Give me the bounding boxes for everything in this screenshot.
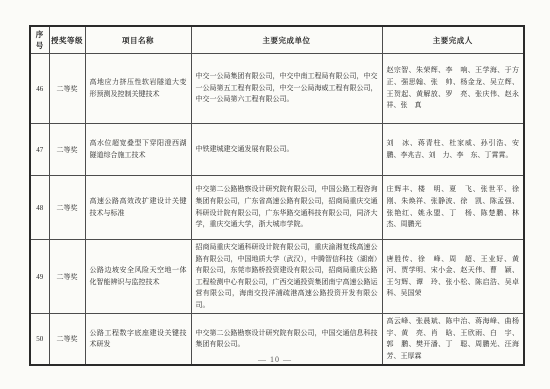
cell-serial-number: 47 xyxy=(30,124,49,176)
cell-main-people: 刘 冰、蒋青柱、杜家威、孙引浩、安 鹏、李兆吉、刘 力、李 东、丁霄霄。 xyxy=(382,124,524,176)
header-project-name: 项目名称 xyxy=(85,26,191,54)
header-serial-number: 序号 xyxy=(30,26,49,54)
cell-main-people: 赵宗智、朱荣辉、李 响、王学海、于方正、强思翰、张 帅、杨金龙、吴立辉、王贺起、… xyxy=(382,54,524,124)
cell-main-units: 中铁建城建交通发展有限公司。 xyxy=(191,124,382,176)
table-row: 46 二等奖 高地应力挤压性软岩隧道大变形预测及控制关键技术 中交一公局集团有限… xyxy=(30,54,524,124)
cell-main-units: 中交一公局集团有限公司，中交中南工程局有限公司，中交一公局第五工程有限公司，中交… xyxy=(191,54,382,124)
table-row: 47 二等奖 高水位超宽叠型下穿阳澄西湖隧道综合施工技术 中铁建城建交通发展有限… xyxy=(30,124,524,176)
header-award-level: 授奖等级 xyxy=(49,26,85,54)
page-number: — 10 — xyxy=(0,355,550,364)
cell-main-units: 中交第二公路勘察设计研究院有限公司，中国公路工程咨询集团有限公司，广东省高速公路… xyxy=(191,176,382,240)
cell-project-name: 高地应力挤压性软岩隧道大变形预测及控制关键技术 xyxy=(85,54,191,124)
cell-project-name: 公路边坡安全风险天空地一体化智能辨识与监控技术 xyxy=(85,240,191,314)
cell-main-people: 庄辉丰、楼 明、夏 飞、张世平、徐 刚、朱焕祥、张静波、徐 凯、陈孟强、张艳红、… xyxy=(382,176,524,240)
table-row: 48 二等奖 高速公路高效改扩建设计关键技术与标准 中交第二公路勘察设计研究院有… xyxy=(30,176,524,240)
table-row: 49 二等奖 公路边坡安全风险天空地一体化智能辨识与监控技术 招商局重庆交通科研… xyxy=(30,240,524,314)
cell-project-name: 高水位超宽叠型下穿阳澄西湖隧道综合施工技术 xyxy=(85,124,191,176)
cell-award-level: 二等奖 xyxy=(49,124,85,176)
award-table: 序号 授奖等级 项目名称 主要完成单位 主要完成人 46 二等奖 高地应力挤压性… xyxy=(29,25,525,366)
cell-main-units: 招商局重庆交通科研设计院有限公司，重庆渝湘复线高速公路有限公司，中国地质大学（武… xyxy=(191,240,382,314)
document-page: 序号 授奖等级 项目名称 主要完成单位 主要完成人 46 二等奖 高地应力挤压性… xyxy=(0,0,550,389)
cell-serial-number: 48 xyxy=(30,176,49,240)
cell-main-people: 唐胜传、徐 峰、周 超、王业好、黄 河、贾学明、宋小金、赵天伟、曹 颖、王匀辉、… xyxy=(382,240,524,314)
header-main-units: 主要完成单位 xyxy=(191,26,382,54)
cell-serial-number: 49 xyxy=(30,240,49,314)
cell-award-level: 二等奖 xyxy=(49,54,85,124)
header-main-people: 主要完成人 xyxy=(382,26,524,54)
cell-serial-number: 46 xyxy=(30,54,49,124)
cell-project-name: 高速公路高效改扩建设计关键技术与标准 xyxy=(85,176,191,240)
cell-award-level: 二等奖 xyxy=(49,240,85,314)
table-header-row: 序号 授奖等级 项目名称 主要完成单位 主要完成人 xyxy=(30,26,524,54)
cell-award-level: 二等奖 xyxy=(49,176,85,240)
